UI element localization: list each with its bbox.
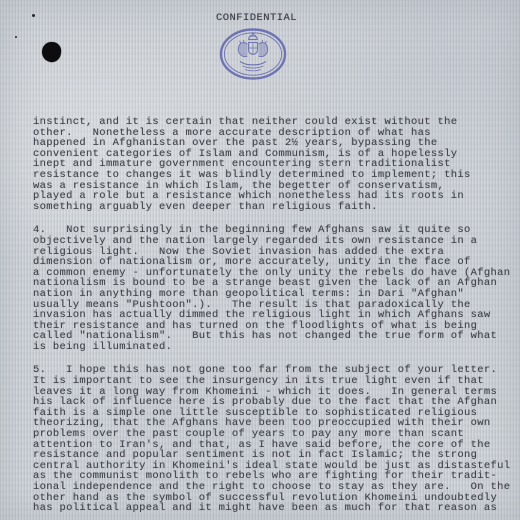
letter-body: instinct, and it is certain that neither… (33, 117, 520, 520)
ink-speck (32, 14, 35, 17)
document-page: CONFIDENTIAL (0, 0, 520, 520)
paragraph-4: 4. Not surprisingly in the beginning few… (33, 225, 520, 352)
royal-coat-of-arms-icon (218, 25, 288, 81)
royal-crest-stamp (218, 25, 288, 81)
paragraph-5: 5. I hope this has not gone too far from… (33, 365, 520, 513)
paragraph-3-continuation: instinct, and it is certain that neither… (33, 117, 520, 212)
ink-blot (41, 41, 63, 64)
classification-header: CONFIDENTIAL (216, 12, 297, 24)
ink-speck (15, 36, 17, 38)
